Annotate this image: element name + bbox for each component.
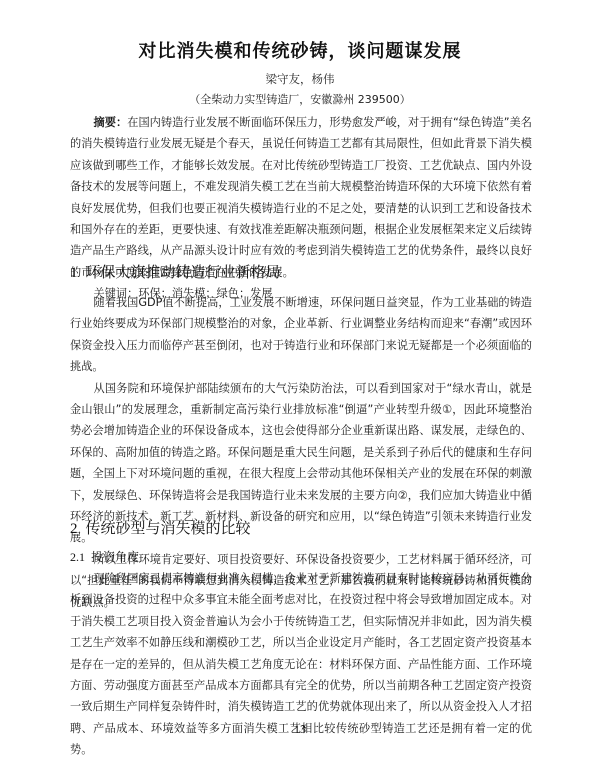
paper-authors: 梁守友，杨伟 (0, 71, 600, 87)
subsection-title: 投资角度 (91, 550, 139, 564)
subsection-heading-2-1: 2.1投资角度 (70, 548, 139, 565)
abstract-paragraph: 摘要：在国内铸造行业发展不断面临环保压力，形势愈发严峻，对于拥有“绿色铸造”美名… (70, 112, 532, 283)
abstract-text: 在国内铸造行业发展不断面临环保压力，形势愈发严峻，对于拥有“绿色铸造”美名的消失… (70, 116, 532, 279)
section-title: 环保大旗推动铸造行业新格局 (86, 263, 281, 281)
page-number: 13 (0, 722, 600, 737)
body-paragraph: 随着我国GDP值不断提高，工业发展不断增速，环保问题日益突显，作为工业基础的铸造… (70, 292, 532, 378)
paper-page: 对比消失模和传统砂铸，谈问题谋发展 梁守友，杨伟 （全柴动力实型铸造厂，安徽滁州… (0, 0, 600, 760)
section-heading-2: 2传统砂型与消失模的比较 (70, 517, 251, 538)
subsection-number: 2.1 (70, 550, 85, 564)
section-heading-1: 1环保大旗推动铸造行业新格局 (70, 261, 281, 282)
section-1-body: 随着我国GDP值不断提高，工业发展不断增速，环保问题日益突显，作为工业基础的铸造… (70, 292, 532, 613)
abstract-label: 摘要： (94, 116, 128, 129)
paper-title: 对比消失模和传统砂铸，谈问题谋发展 (0, 37, 600, 63)
section-number: 1 (70, 265, 78, 281)
paper-affiliation: （全柴动力实型铸造厂，安徽滁州 239500） (0, 91, 600, 107)
section-title: 传统砂型与消失模的比较 (86, 519, 251, 537)
section-number: 2 (70, 521, 78, 537)
